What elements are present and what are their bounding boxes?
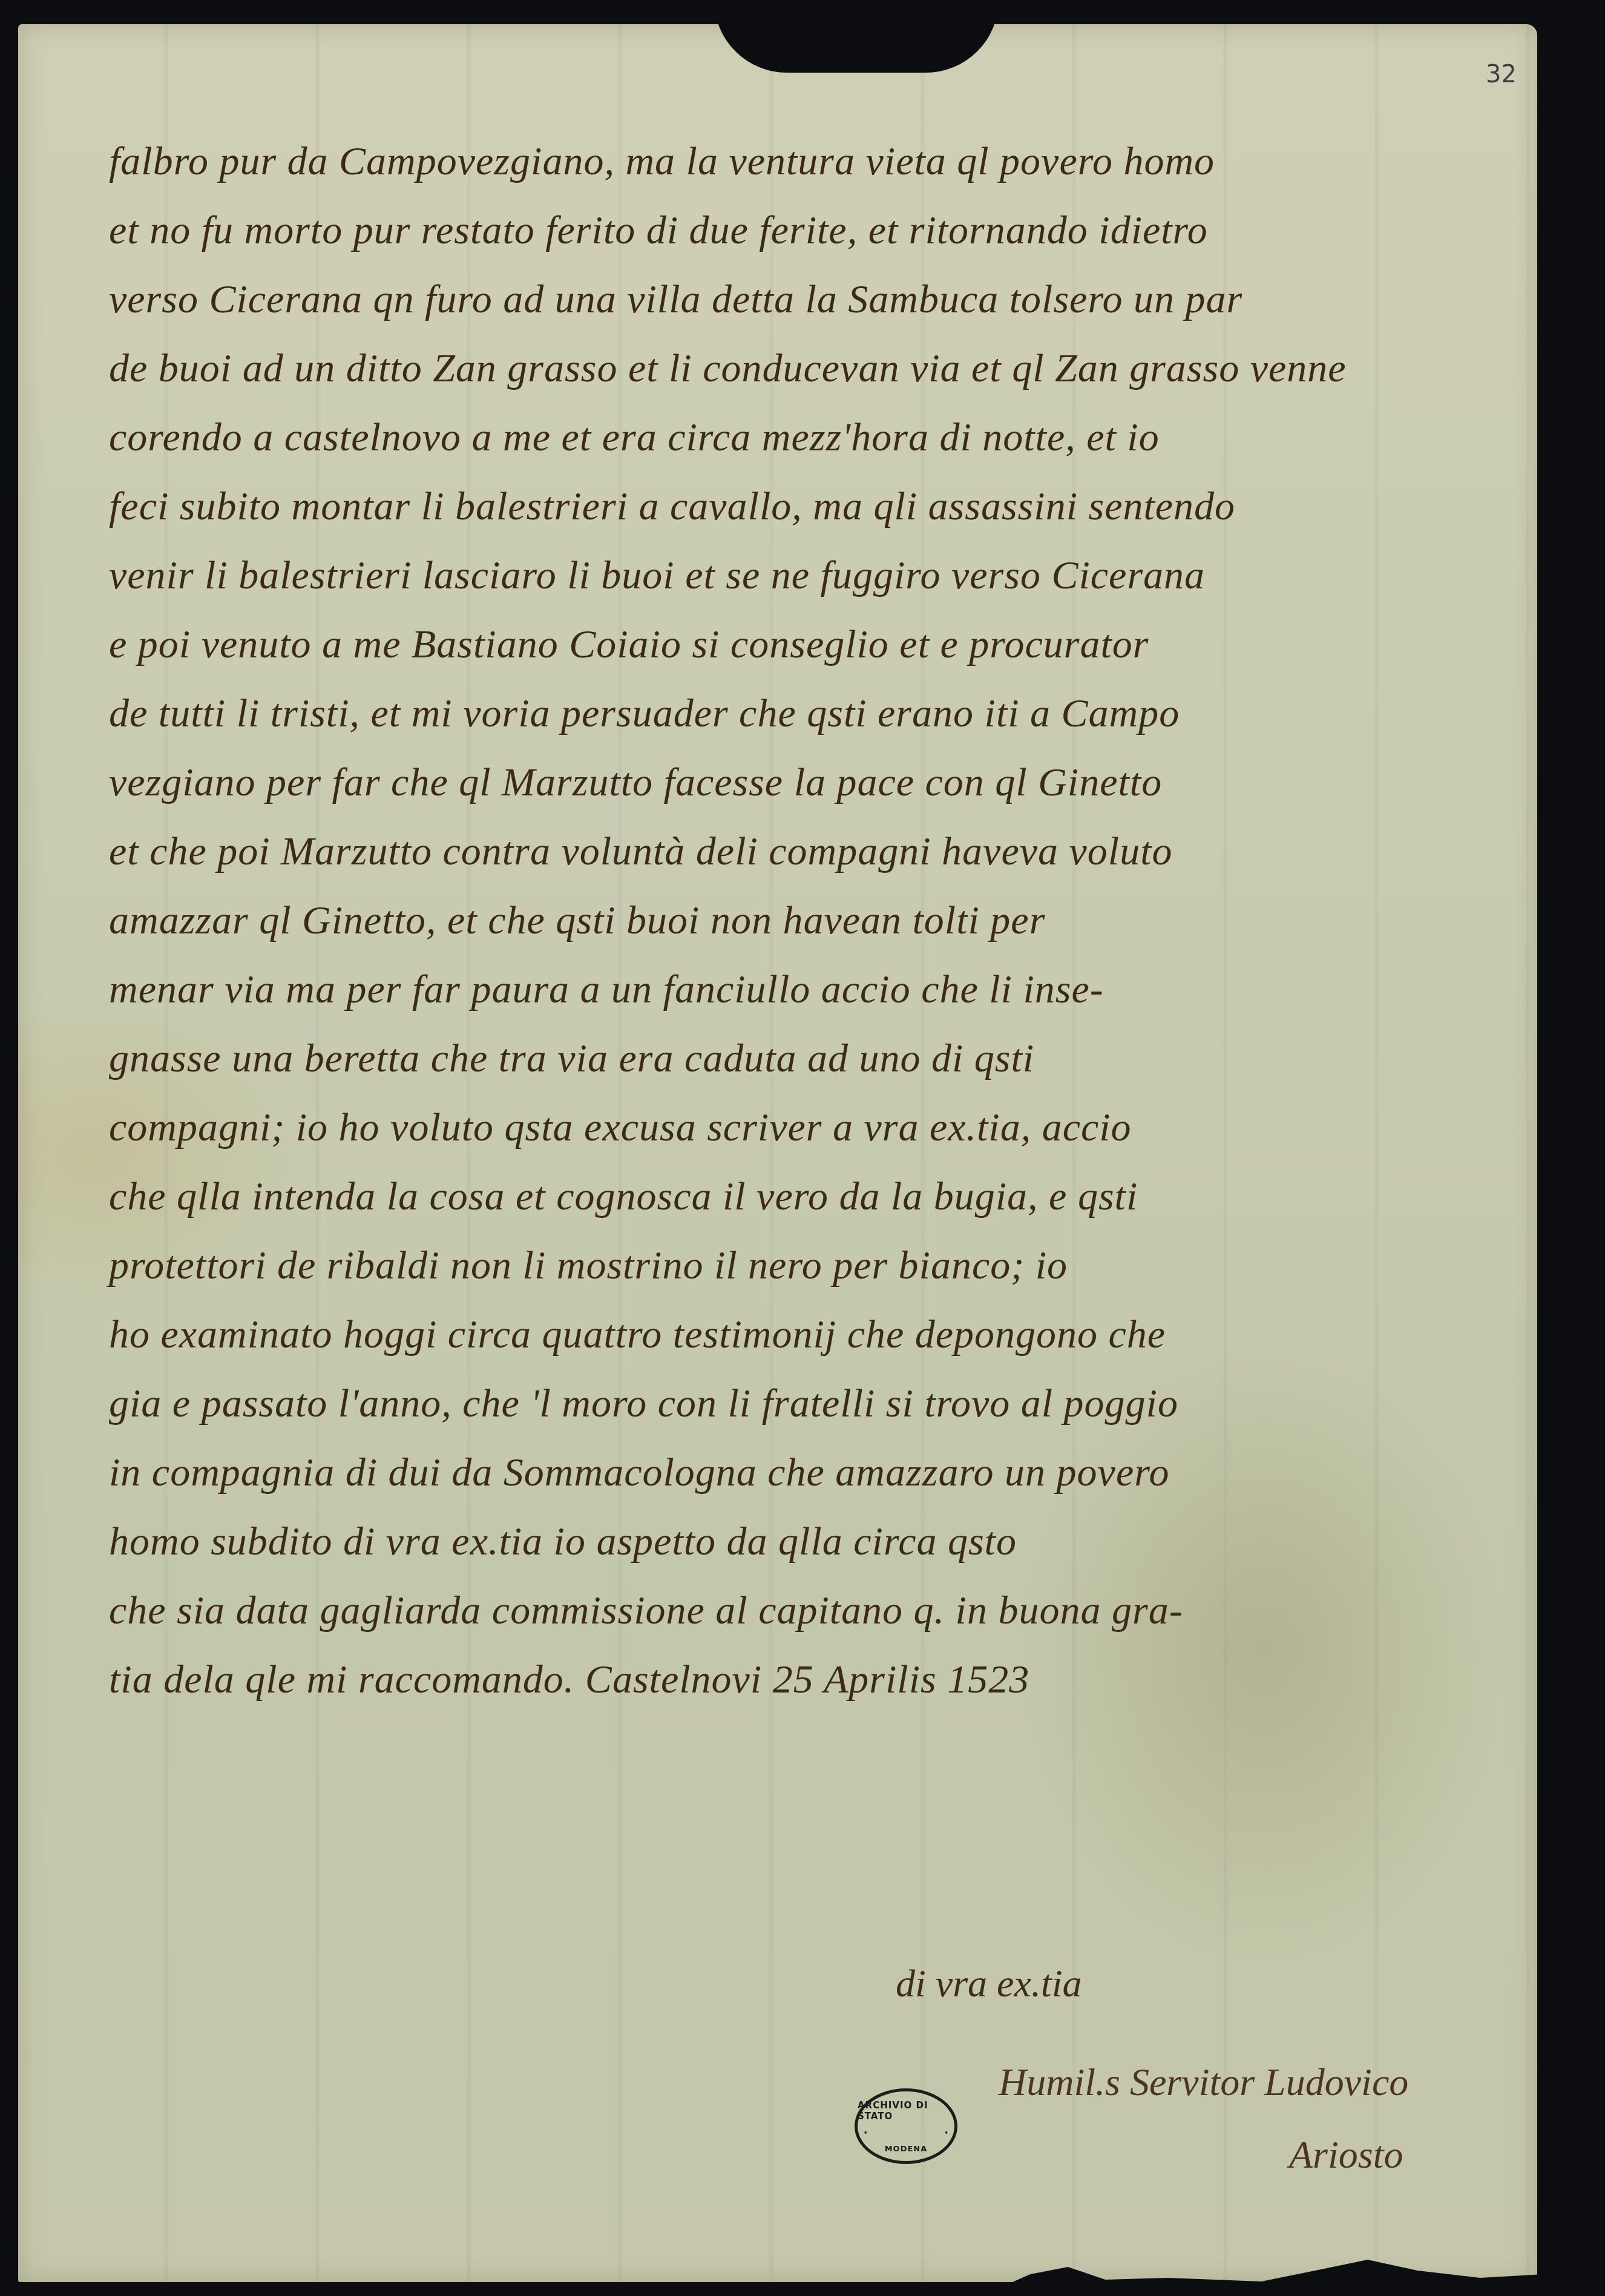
letter-line: tia dela qle mi raccomando. Castelnovi 2… — [109, 1645, 1531, 1714]
letter-line: menar via ma per far paura a un fanciull… — [109, 955, 1531, 1024]
letter-line: che sia data gagliarda commissione al ca… — [109, 1576, 1531, 1645]
archive-stamp: ARCHIVIO DI STATO •• MODENA — [855, 2088, 957, 2164]
folio-number: 32 — [1486, 61, 1517, 88]
paper-notch — [714, 0, 999, 73]
letter-line: che qlla intenda la cosa et cognosca il … — [109, 1162, 1531, 1231]
closing-salutation: di vra ex.tia — [896, 1961, 1081, 2006]
letter-line: de tutti li tristi, et mi voria persuade… — [109, 679, 1531, 748]
letter-line: ho examinato hoggi circa quattro testimo… — [109, 1300, 1531, 1369]
stamp-bottom-text: MODENA — [885, 2145, 928, 2154]
letter-line: homo subdito di vra ex.tia io aspetto da… — [109, 1507, 1531, 1576]
letter-line: feci subito montar li balestrieri a cava… — [109, 472, 1531, 541]
letter-line: in compagnia di dui da Sommacologna che … — [109, 1438, 1531, 1507]
signature-line-1: Humil.s Servitor Ludovico — [999, 2061, 1408, 2104]
signature: Humil.s Servitor Ludovico Ariosto — [999, 2046, 1408, 2191]
stamp-top-text: ARCHIVIO DI STATO — [858, 2100, 954, 2122]
manuscript-page: 32 falbro pur da Campovezgiano, ma la ve… — [18, 24, 1537, 2282]
letter-line: vezgiano per far che ql Marzutto facesse… — [109, 748, 1531, 817]
letter-line: corendo a castelnovo a me et era circa m… — [109, 403, 1531, 472]
stamp-dots: •• — [858, 2130, 954, 2137]
letter-line: et che poi Marzutto contra voluntà deli … — [109, 817, 1531, 886]
letter-line: compagni; io ho voluto qsta excusa scriv… — [109, 1093, 1531, 1162]
letter-line: de buoi ad un ditto Zan grasso et li con… — [109, 334, 1531, 403]
letter-line: gia e passato l'anno, che 'l moro con li… — [109, 1369, 1531, 1438]
letter-line: et no fu morto pur restato ferito di due… — [109, 196, 1531, 265]
letter-body: falbro pur da Campovezgiano, ma la ventu… — [109, 127, 1531, 1714]
letter-line: gnasse una beretta che tra via era cadut… — [109, 1024, 1531, 1093]
letter-line: protettori de ribaldi non li mostrino il… — [109, 1231, 1531, 1300]
signature-line-2: Ariosto — [1289, 2119, 1408, 2191]
letter-line: falbro pur da Campovezgiano, ma la ventu… — [109, 127, 1531, 196]
letter-line: amazzar ql Ginetto, et che qsti buoi non… — [109, 886, 1531, 955]
letter-line: verso Cicerana qn furo ad una villa dett… — [109, 265, 1531, 334]
letter-line: venir li balestrieri lasciaro li buoi et… — [109, 541, 1531, 610]
letter-line: e poi venuto a me Bastiano Coiaio si con… — [109, 610, 1531, 679]
